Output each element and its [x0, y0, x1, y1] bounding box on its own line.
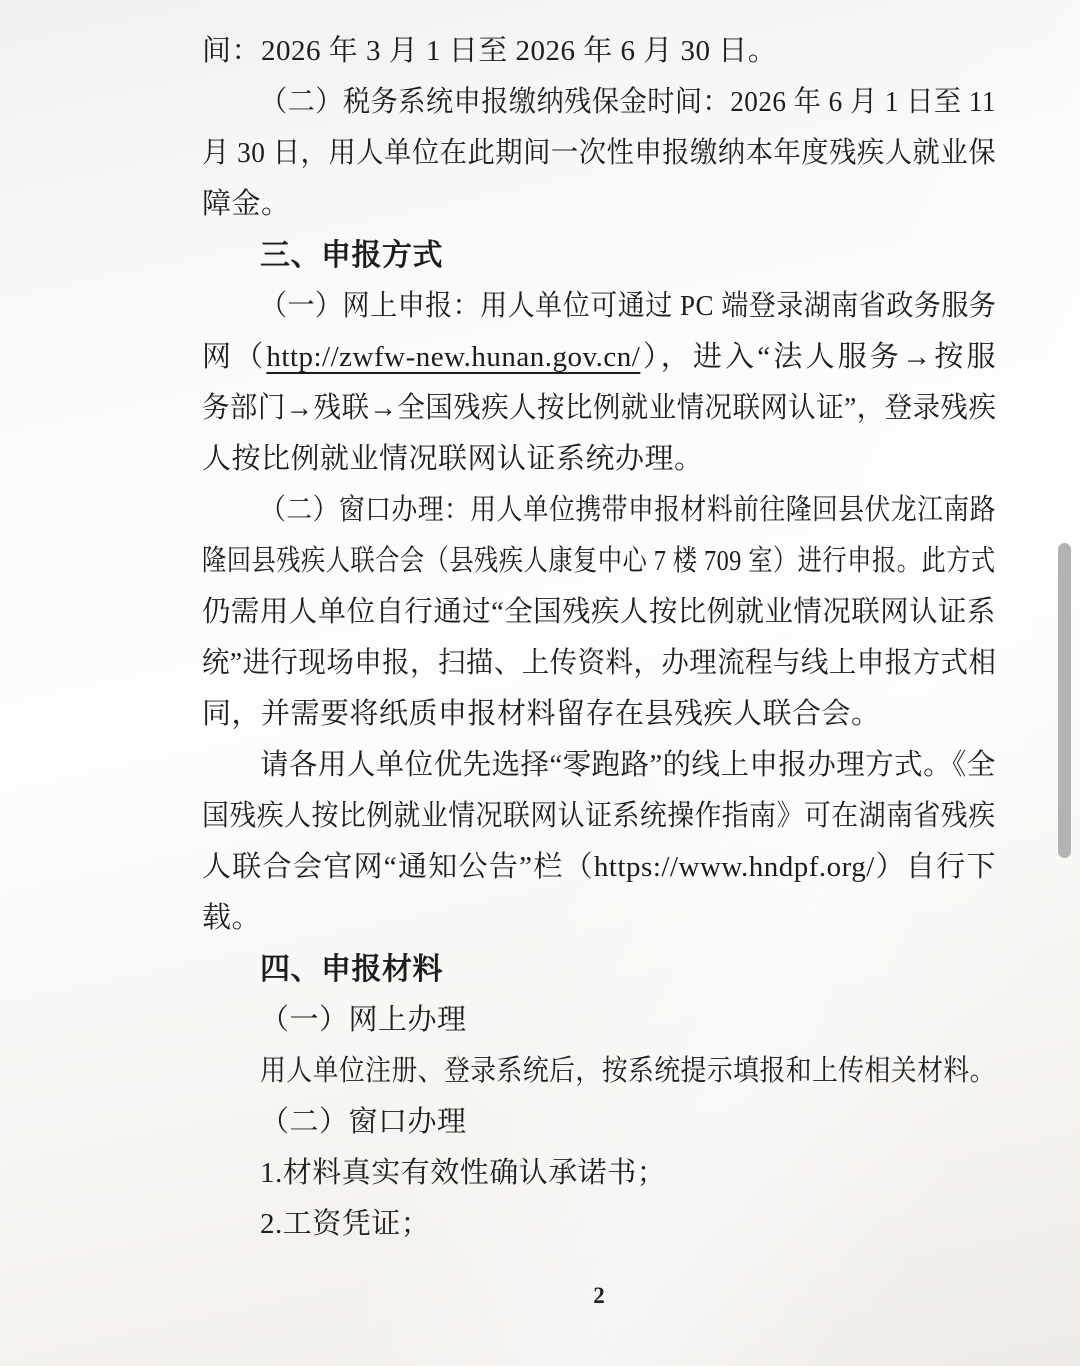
text-line: 1.材料真实有效性确认承诺书； — [260, 1148, 996, 1199]
text-line: 间：2026 年 3 月 1 日至 2026 年 6 月 30 日。 — [202, 26, 996, 77]
text-line: 网（http://zwfw-new.hunan.gov.cn/），进入“法人服务… — [202, 332, 996, 383]
text-line: （一）网上申报：用人单位可通过 PC 端登录湖南省政务服务 — [260, 281, 947, 332]
text-segment: 1.材料真实有效性确认承诺书； — [260, 1157, 666, 1189]
text-segment: 载。 — [202, 902, 261, 934]
scrollbar-thumb[interactable] — [1058, 543, 1071, 858]
page-number: 2 — [202, 1283, 996, 1309]
text-segment: （二）税务系统申报缴纳残保金时间：2026 年 6 月 1 日至 11 — [260, 86, 996, 118]
text-line: （二）窗口办理：用人单位携带申报材料前往隆回县伏龙江南路 — [260, 485, 916, 536]
text-segment: 务部门→残联→全国残疾人按比例就业情况联网认证”，登录残疾 — [202, 392, 996, 424]
text-line: （二）窗口办理 — [260, 1097, 996, 1148]
text-segment: 人联合会官网“通知公告”栏（https://www.hndpf.org/）自行下 — [202, 851, 996, 883]
text-line: 障金。 — [202, 179, 996, 230]
text-segment: 三、申报方式 — [260, 239, 443, 272]
text-line: 同，并需要将纸质申报材料留存在县残疾人联合会。 — [202, 689, 996, 740]
text-segment: 间：2026 年 3 月 1 日至 2026 年 6 月 30 日。 — [202, 35, 777, 67]
text-segment: （一）网上申报：用人单位可通过 PC 端登录湖南省政务服务 — [260, 290, 996, 322]
text-line: （二）税务系统申报缴纳残保金时间：2026 年 6 月 1 日至 11 — [260, 77, 950, 128]
text-line: 人联合会官网“通知公告”栏（https://www.hndpf.org/）自行下 — [202, 842, 996, 893]
text-segment: 统”进行现场申报，扫描、上传资料，办理流程与线上申报方式相 — [202, 647, 996, 679]
text-line: 人按比例就业情况联网认证系统办理。 — [202, 434, 996, 485]
text-segment: （一）网上办理 — [260, 1004, 467, 1036]
text-segment: 请各用人单位优先选择“零跑路”的线上申报办理方式。《全 — [260, 749, 996, 781]
text-line: 用人单位注册、登录系统后，按系统提示填报和上传相关材料。 — [260, 1046, 916, 1097]
text-segment: 网（ — [202, 341, 266, 373]
text-segment: 隆回县残疾人联合会（县残疾人康复中心 7 楼 709 室）进行申报。此方式 — [202, 545, 996, 577]
text-line: 请各用人单位优先选择“零跑路”的线上申报办理方式。《全 — [260, 740, 982, 791]
text-segment: 用人单位注册、登录系统后，按系统提示填报和上传相关材料。 — [260, 1055, 996, 1087]
underlined-url: http://zwfw-new.hunan.gov.cn/ — [266, 341, 640, 373]
text-segment: （二）窗口办理 — [260, 1106, 467, 1138]
section-heading: 四、申报材料 — [260, 944, 996, 995]
text-segment: 同，并需要将纸质申报材料留存在县残疾人联合会。 — [202, 698, 881, 730]
text-segment: 2.工资凭证； — [260, 1208, 430, 1240]
text-line: 月 30 日，用人单位在此期间一次性申报缴纳本年度残疾人就业保 — [202, 128, 951, 179]
text-segment: 障金。 — [202, 188, 291, 220]
text-segment: 人按比例就业情况联网认证系统办理。 — [202, 443, 704, 475]
text-line: 载。 — [202, 893, 996, 944]
section-heading: 三、申报方式 — [260, 230, 996, 281]
text-line: 隆回县残疾人联合会（县残疾人康复中心 7 楼 709 室）进行申报。此方式 — [202, 536, 868, 587]
text-line: 国残疾人按比例就业情况联网认证系统操作指南》可在湖南省残疾 — [202, 791, 939, 842]
text-line: 务部门→残联→全国残疾人按比例就业情况联网认证”，登录残疾 — [202, 383, 953, 434]
text-line: 2.工资凭证； — [260, 1199, 996, 1250]
text-line: 统”进行现场申报，扫描、上传资料，办理流程与线上申报方式相 — [202, 638, 953, 689]
text-segment: 四、申报材料 — [260, 953, 443, 986]
text-segment: 仍需用人单位自行通过“全国残疾人按比例就业情况联网认证系 — [202, 596, 996, 628]
text-segment: ），进入“法人服务→按服 — [640, 341, 996, 373]
text-segment: （二）窗口办理：用人单位携带申报材料前往隆回县伏龙江南路 — [260, 494, 996, 526]
text-line: 仍需用人单位自行通过“全国残疾人按比例就业情况联网认证系 — [202, 587, 980, 638]
document-page: 间：2026 年 3 月 1 日至 2026 年 6 月 30 日。（二）税务系… — [202, 26, 996, 1250]
text-segment: 国残疾人按比例就业情况联网认证系统操作指南》可在湖南省残疾 — [202, 800, 996, 832]
text-segment: 月 30 日，用人单位在此期间一次性申报缴纳本年度残疾人就业保 — [202, 137, 996, 169]
text-line: （一）网上办理 — [260, 995, 996, 1046]
